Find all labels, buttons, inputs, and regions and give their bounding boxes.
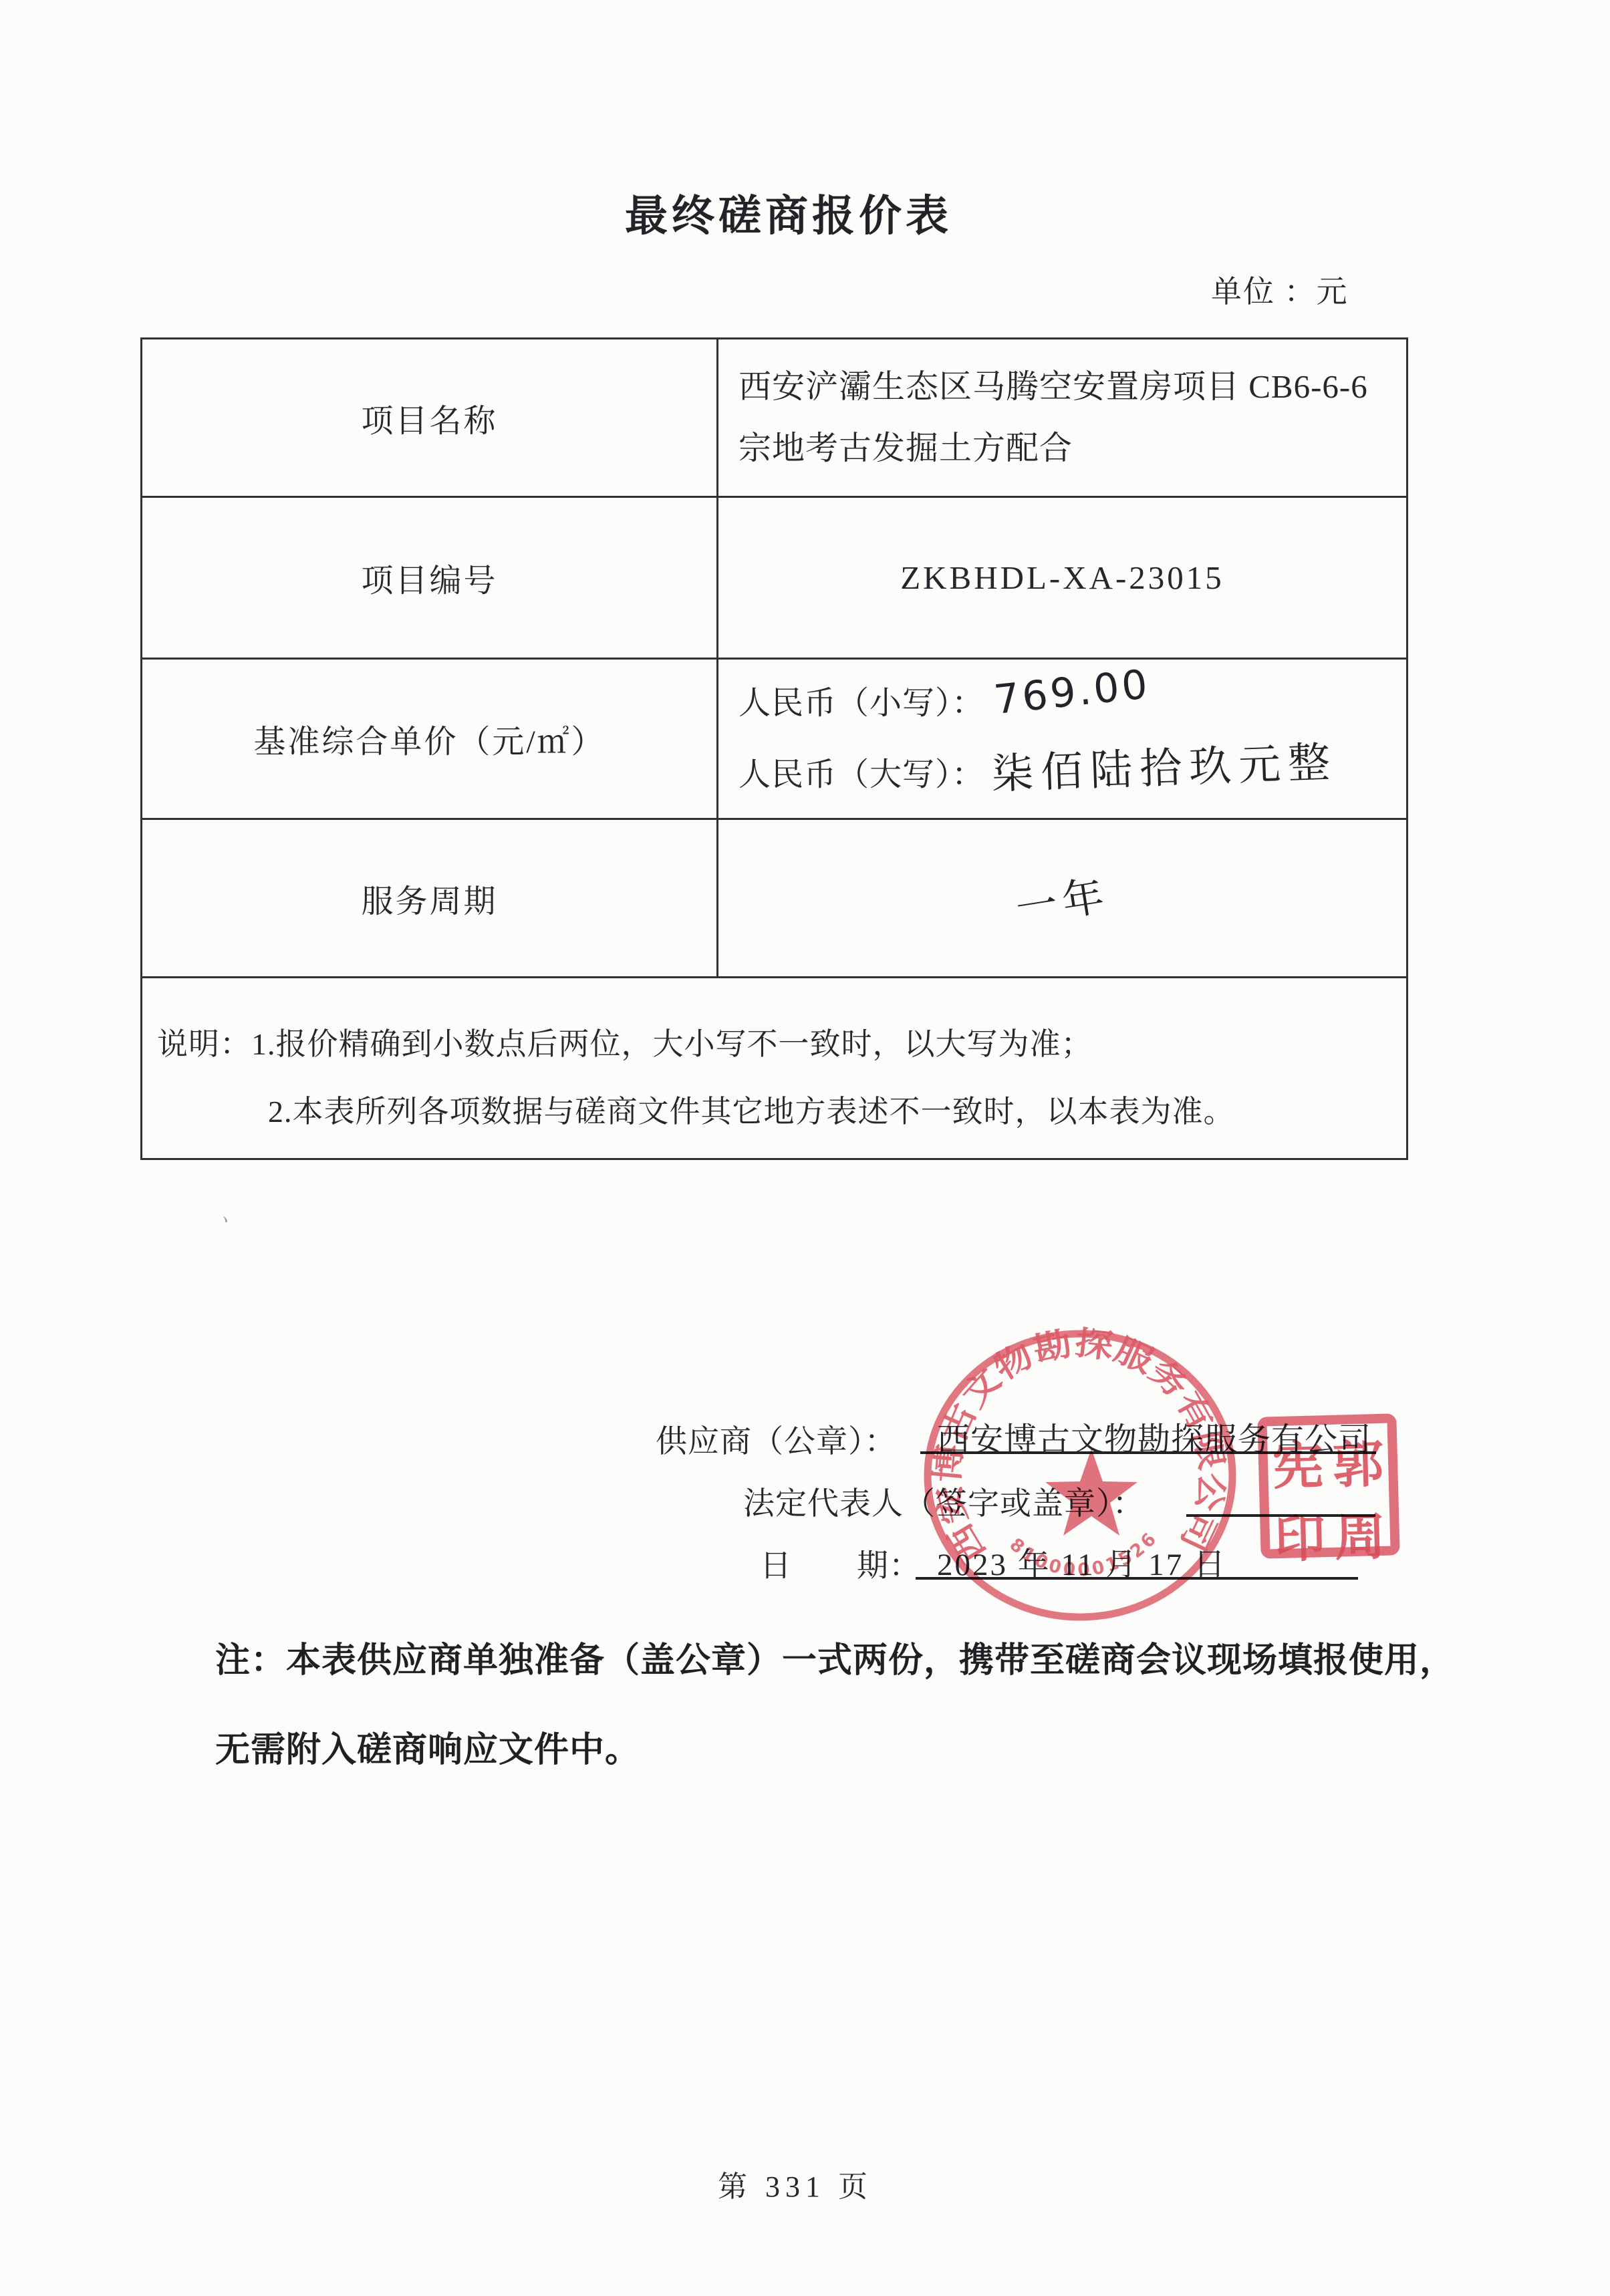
price-words-handwriting: 柒佰陆拾玖元整 (990, 728, 1339, 801)
table-row-notes: 说明：1.报价精确到小数点后两位，大小写不一致时，以大写为准； 2.本表所列各项… (142, 978, 1406, 1156)
service-period-label: 服务周期 (142, 820, 718, 976)
scan-artifact: 、 (220, 1197, 248, 1231)
project-code-value: ZKBHDL-XA-23015 (718, 498, 1406, 658)
price-numeric-line: 人民币（小写）：769.00 (739, 677, 1150, 724)
unit-label: 单位 ：元 (1211, 267, 1349, 311)
table-note-line2: 2.本表所列各项数据与磋商文件其它地方表述不一致时，以本表为准。 (157, 1078, 1393, 1145)
service-period-value: 一年 (718, 820, 1406, 976)
bottom-note-line2: 无需附入磋商响应文件中。 (215, 1721, 640, 1771)
seal-company-arc-text: 西安博古文物勘探服务有限公司 (930, 1326, 1230, 1569)
project-name-line2: 宗地考古发掘土方配合 (739, 418, 1073, 479)
seal-company-arc-text-wrap: 西安博古文物勘探服务有限公司 (930, 1326, 1230, 1569)
company-round-seal: 西安博古文物勘探服务有限公司 8100000152648 (917, 1326, 1251, 1640)
service-period-handwriting: 一年 (1011, 861, 1113, 935)
bottom-note-line1: 注：本表供应商单独准备（盖公章）一式两份，携带至磋商会议现场填报使用， (215, 1632, 1455, 1682)
project-name-value: 西安浐灞生态区马腾空安置房项目 CB6-6-6 宗地考古发掘土方配合 (718, 339, 1406, 496)
supplier-label: 供应商（公章）： (656, 1417, 897, 1461)
price-numeric-handwriting: 769.00 (992, 661, 1152, 724)
price-words-label: 人民币（大写）： (739, 757, 984, 793)
price-numeric-label: 人民币（小写）： (739, 686, 984, 721)
personal-seal-char-bl: 印 (1268, 1497, 1331, 1572)
scanned-document-page: 最终磋商报价表 单位 ：元 项目名称 西安浐灞生态区马腾空安置房项目 CB6-6… (0, 0, 1610, 2296)
project-name-line1: 西安浐灞生态区马腾空安置房项目 CB6-6-6 (739, 356, 1368, 418)
table-note-line1: 说明：1.报价精确到小数点后两位，大小写不一致时，以大写为准； (157, 1010, 1393, 1078)
personal-seal-char-br: 周 (1329, 1496, 1391, 1570)
date-label-ri: 日 (760, 1541, 792, 1586)
page-number: 第 331 页 (0, 2162, 1591, 2205)
project-code-label: 项目编号 (142, 498, 718, 658)
price-words-line: 人民币（大写）：柒佰陆拾玖元整 (739, 737, 1337, 798)
personal-seal-char-tl: 宪 (1267, 1425, 1329, 1499)
project-name-label: 项目名称 (142, 339, 718, 496)
personal-seal-char-tr: 郭 (1327, 1423, 1389, 1497)
table-row-unit-price: 基准综合单价（元/㎡） 人民币（小写）：769.00 人民币（大写）：柒佰陆拾玖… (142, 660, 1406, 820)
unit-price-value: 人民币（小写）：769.00 人民币（大写）：柒佰陆拾玖元整 (718, 660, 1406, 818)
legal-rep-personal-seal: 宪 郭 印 周 (1257, 1413, 1399, 1558)
seal-star-icon (1045, 1449, 1137, 1536)
table-row-project-name: 项目名称 西安浐灞生态区马腾空安置房项目 CB6-6-6 宗地考古发掘土方配合 (142, 339, 1406, 498)
table-row-project-code: 项目编号 ZKBHDL-XA-23015 (142, 498, 1406, 660)
unit-price-label: 基准综合单价（元/㎡） (142, 660, 718, 818)
date-label-qi: 期： (857, 1541, 921, 1586)
document-title: 最终磋商报价表 (0, 182, 1577, 243)
table-row-service-period: 服务周期 一年 (142, 820, 1406, 978)
quotation-table: 项目名称 西安浐灞生态区马腾空安置房项目 CB6-6-6 宗地考古发掘土方配合 … (140, 337, 1408, 1160)
